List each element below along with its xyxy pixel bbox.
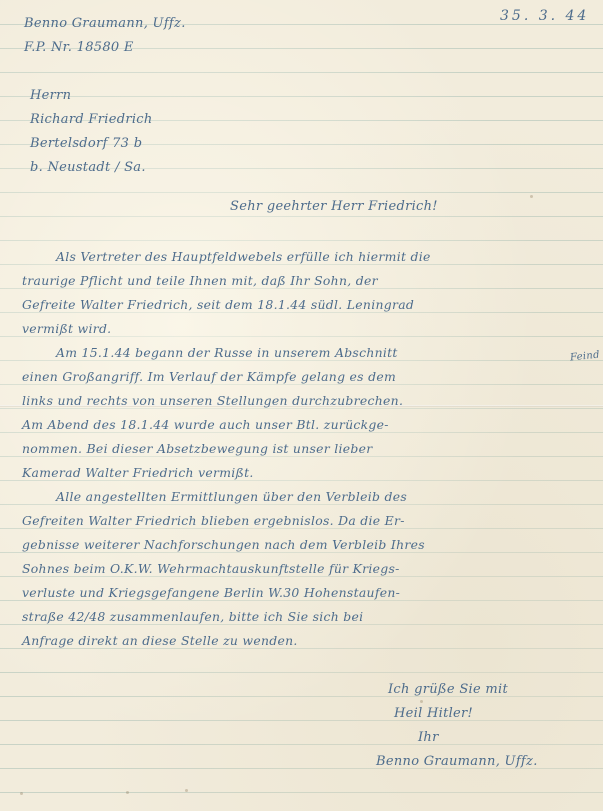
- recipient-name: Richard Friedrich: [30, 108, 153, 132]
- body-line: straße 42/48 zusammenlaufen, bitte ich S…: [22, 605, 592, 629]
- paper-stain: [20, 792, 23, 795]
- sender-block: Benno Graumann, Uffz. F.P. Nr. 18580 E: [24, 12, 186, 60]
- body-line: verluste und Kriegsgefangene Berlin W.30…: [22, 581, 592, 605]
- body-line: Gefreiten Walter Friedrich blieben ergeb…: [22, 509, 592, 533]
- recipient-title: Herrn: [30, 84, 153, 108]
- recipient-block: Herrn Richard Friedrich Bertelsdorf 73 b…: [30, 84, 153, 180]
- closing-greeting: Ich grüße Sie mit: [388, 678, 538, 702]
- paper-stain: [530, 195, 533, 198]
- body-line: Kamerad Walter Friedrich vermißt.: [22, 461, 592, 485]
- body-line: Sohnes beim O.K.W. Wehrmachtauskunftstel…: [22, 557, 592, 581]
- paper-stain: [420, 700, 423, 703]
- field-post-number: F.P. Nr. 18580 E: [24, 36, 186, 60]
- body-line: Gefreite Walter Friedrich, seit dem 18.1…: [22, 293, 592, 317]
- body-line: einen Großangriff. Im Verlauf der Kämpfe…: [22, 365, 592, 389]
- body-line: gebnisse weiterer Nachforschungen nach d…: [22, 533, 592, 557]
- salutation: Sehr geehrter Herr Friedrich!: [230, 199, 438, 214]
- body-line: links und rechts von unseren Stellungen …: [22, 389, 592, 413]
- body-line: Alle angestellten Ermittlungen über den …: [22, 485, 592, 509]
- closing-salute: Heil Hitler!: [388, 702, 538, 726]
- letter-date: 35. 3. 44: [500, 8, 589, 24]
- body-line: vermißt wird.: [22, 317, 592, 341]
- body-line: traurige Pflicht und teile Ihnen mit, da…: [22, 269, 592, 293]
- recipient-street: Bertelsdorf 73 b: [30, 132, 153, 156]
- body-line: Am Abend des 18.1.44 wurde auch unser Bt…: [22, 413, 592, 437]
- closing-block: Ich grüße Sie mit Heil Hitler! Ihr Benno…: [388, 678, 538, 774]
- sender-name: Benno Graumann, Uffz.: [24, 12, 186, 36]
- body-line: Anfrage direkt an diese Stelle zu wenden…: [22, 629, 592, 653]
- signature: Benno Graumann, Uffz.: [376, 750, 538, 774]
- closing-yours: Ihr: [388, 726, 538, 750]
- recipient-city: b. Neustadt / Sa.: [30, 156, 153, 180]
- body-line: Als Vertreter des Hauptfeldwebels erfüll…: [22, 245, 592, 269]
- body-line: nommen. Bei dieser Absetzbewegung ist un…: [22, 437, 592, 461]
- body-line: Am 15.1.44 begann der Russe in unserem A…: [22, 341, 592, 365]
- paper-stain: [185, 789, 188, 792]
- paper-stain: [126, 791, 129, 794]
- letter-body: Als Vertreter des Hauptfeldwebels erfüll…: [22, 245, 592, 653]
